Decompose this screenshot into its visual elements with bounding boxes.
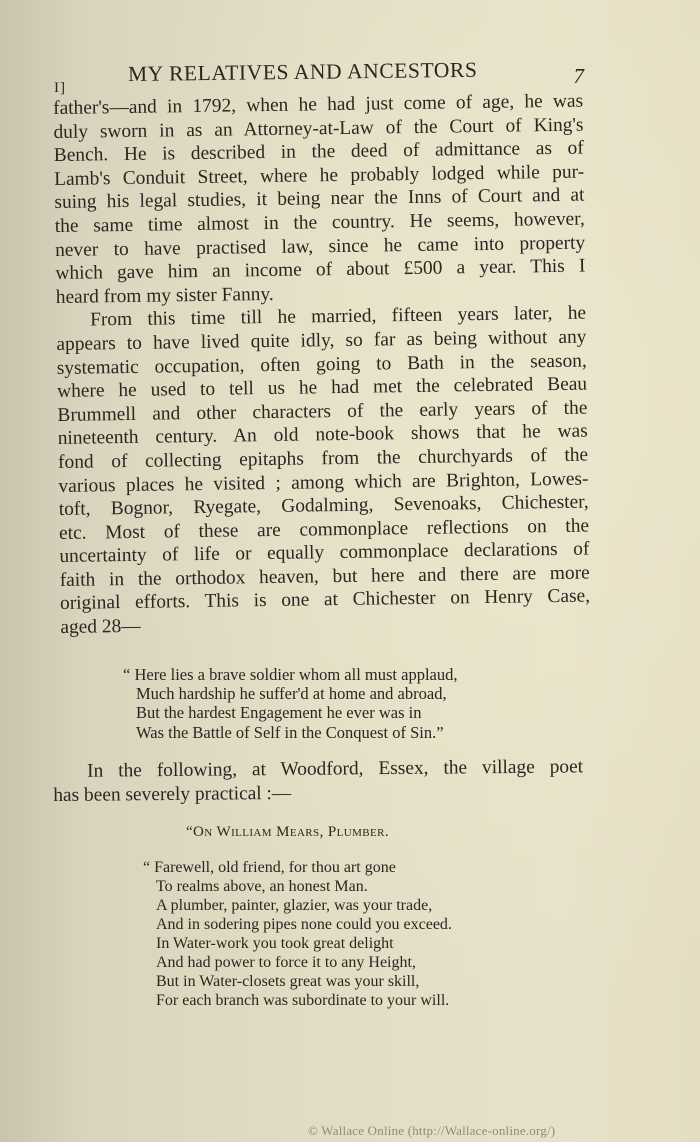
text-line: In the following, at Woodford, Essex, th…: [53, 755, 583, 784]
verse-line: To realms above, an honest Man.: [143, 877, 452, 896]
verse-line: “ Here lies a brave soldier whom all mus…: [123, 665, 457, 684]
epitaph-heading: “On William Mears, Plumber.: [186, 824, 389, 841]
book-page: I] MY RELATIVES AND ANCESTORS 7 father's…: [0, 0, 700, 1142]
copyright-watermark: © Wallace Online (http://Wallace-online.…: [308, 1123, 555, 1139]
page-number: 7: [574, 64, 585, 89]
paragraph-3: In the following, at Woodford, Essex, th…: [53, 755, 583, 808]
verse-line: But the hardest Engagement he ever was i…: [123, 703, 457, 722]
chapter-number: I]: [54, 80, 66, 97]
verse-line: But in Water-closets great was your skil…: [143, 972, 452, 991]
verse-line: A plumber, painter, glazier, was your tr…: [143, 896, 452, 915]
verse-line: In Water-work you took great delight: [143, 934, 452, 953]
paragraph-1: father's—and in 1792, when he had just c…: [53, 90, 586, 310]
text-line: has been severely practical :—: [53, 779, 583, 808]
verse-line: Was the Battle of Self in the Conquest o…: [123, 723, 457, 742]
running-title: MY RELATIVES AND ANCESTORS: [128, 58, 478, 87]
body-text: father's—and in 1792, when he had just c…: [53, 90, 591, 640]
epitaph-henry-case: “ Here lies a brave soldier whom all mus…: [123, 665, 457, 742]
verse-line: For each branch was subordinate to your …: [143, 991, 452, 1010]
verse-line: Much hardship he suffer'd at home and ab…: [123, 684, 457, 703]
running-head: I] MY RELATIVES AND ANCESTORS 7: [54, 62, 584, 92]
verse-line: And had power to force it to any Height,: [143, 953, 452, 972]
verse-line: And in sodering pipes none could you exc…: [143, 915, 452, 934]
paragraph-2: From this time till he married, fifteen …: [56, 302, 591, 640]
epitaph-william-mears: “ Farewell, old friend, for thou art gon…: [143, 858, 452, 1010]
verse-line: “ Farewell, old friend, for thou art gon…: [143, 858, 452, 877]
